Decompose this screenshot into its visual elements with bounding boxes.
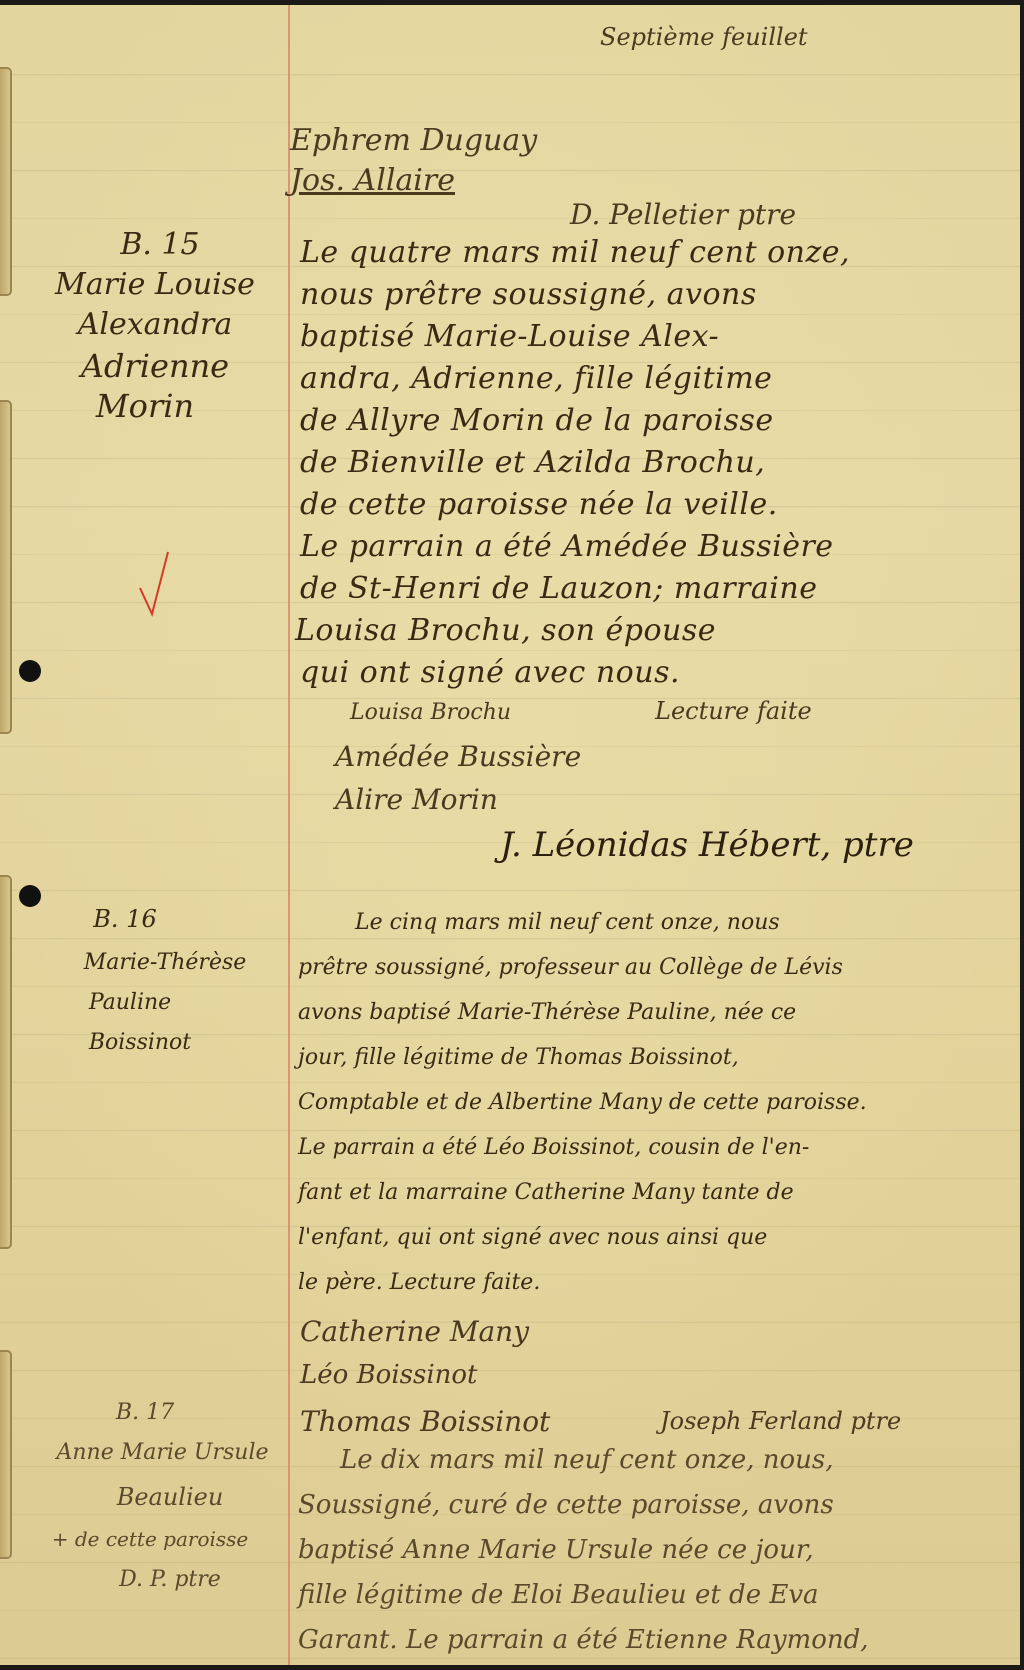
binding-ring-icon — [0, 400, 12, 734]
signature: Catherine Many — [300, 1315, 529, 1348]
lecture-faite-note: Lecture faite — [655, 697, 812, 725]
signature: Ephrem Duguay — [290, 123, 537, 158]
entry-text-line: andra, Adrienne, fille légitime — [300, 361, 772, 396]
signature: Alire Morin — [335, 783, 498, 816]
punch-hole-icon — [19, 660, 41, 682]
entry-text-line: de Bienville et Azilda Brochu, — [300, 445, 765, 480]
entry-text-line: fille légitime de Eloi Beaulieu et de Ev… — [298, 1580, 819, 1610]
entry-text-line: Garant. Le parrain a été Etienne Raymond… — [298, 1625, 869, 1655]
signature: J. Léonidas Hébert, ptre — [500, 825, 914, 865]
entry-text-line: Le parrain a été Amédée Bussière — [300, 529, 834, 564]
entry-text-line: baptisé Marie-Louise Alex- — [300, 319, 719, 354]
punch-hole-icon — [19, 885, 41, 907]
entry-text-line: le père. Lecture faite. — [298, 1270, 540, 1295]
signature: Thomas Boissinot — [300, 1405, 550, 1438]
entry-text-line: jour, fille légitime de Thomas Boissinot… — [298, 1045, 739, 1070]
margin-name-line: Beaulieu — [80, 1483, 260, 1511]
entry-text-line: Le dix mars mil neuf cent onze, nous, — [340, 1445, 833, 1475]
margin-name-line: Marie-Thérèse — [55, 950, 275, 975]
entry-text-line: fant et la marraine Catherine Many tante… — [298, 1180, 794, 1205]
margin-name-line: Adrienne — [30, 347, 280, 385]
signature: Jos. Allaire — [290, 163, 455, 198]
entry-number: B. 16 — [50, 905, 200, 933]
signature: Léo Boissinot — [300, 1360, 478, 1390]
entry-text-line: de cette paroisse née la veille. — [300, 487, 778, 522]
signature: Amédée Bussière — [335, 740, 581, 773]
margin-name-line: Anne Marie Ursule — [30, 1440, 295, 1465]
entry-text-line: prêtre soussigné, professeur au Collège … — [298, 955, 843, 980]
margin-name-line: D. P. ptre — [80, 1567, 260, 1592]
register-page: Septième feuillet Ephrem Duguay Jos. All… — [0, 5, 1020, 1665]
entry-text-line: Le quatre mars mil neuf cent onze, — [300, 235, 850, 270]
margin-name-line: Pauline — [40, 990, 220, 1015]
entry-text-line: de Allyre Morin de la paroisse — [300, 403, 774, 438]
binding-ring-icon — [0, 1350, 12, 1559]
entry-text-line: Le cinq mars mil neuf cent onze, nous — [355, 910, 780, 935]
signature: Louisa Brochu — [350, 700, 511, 725]
signature: D. Pelletier ptre — [570, 198, 796, 231]
margin-name-line: Marie Louise — [30, 267, 280, 302]
entry-number: B. 15 — [40, 227, 280, 262]
entry-number: B. 17 — [100, 1400, 190, 1425]
entry-text-line: Le parrain a été Léo Boissinot, cousin d… — [298, 1135, 809, 1160]
binding-ring-icon — [0, 67, 12, 296]
binding-ring-icon — [0, 875, 12, 1249]
entry-text-line: nous prêtre soussigné, avons — [300, 277, 757, 312]
entry-text-line: l'enfant, qui ont signé avec nous ainsi … — [298, 1225, 767, 1250]
margin-name-line: Morin — [30, 387, 260, 425]
entry-text-line: Comptable et de Albertine Many de cette … — [298, 1090, 867, 1115]
entry-text-line: avons baptisé Marie-Thérèse Pauline, née… — [298, 1000, 796, 1025]
margin-name-line: Alexandra — [30, 307, 280, 342]
entry-text-line: de St-Henri de Lauzon; marraine — [300, 571, 817, 606]
margin-name-line: + de cette paroisse — [35, 1527, 265, 1551]
red-margin-line — [288, 5, 290, 1665]
red-check-mark-icon — [138, 550, 172, 620]
entry-text-line: baptisé Anne Marie Ursule née ce jour, — [298, 1535, 814, 1565]
sheet-header: Septième feuillet — [600, 23, 808, 51]
entry-text-line: qui ont signé avec nous. — [300, 655, 680, 690]
margin-name-line: Boissinot — [40, 1030, 240, 1055]
entry-text-line: Soussigné, curé de cette paroisse, avons — [298, 1490, 834, 1520]
signature: Joseph Ferland ptre — [660, 1407, 901, 1435]
entry-text-line: Louisa Brochu, son épouse — [295, 613, 716, 648]
